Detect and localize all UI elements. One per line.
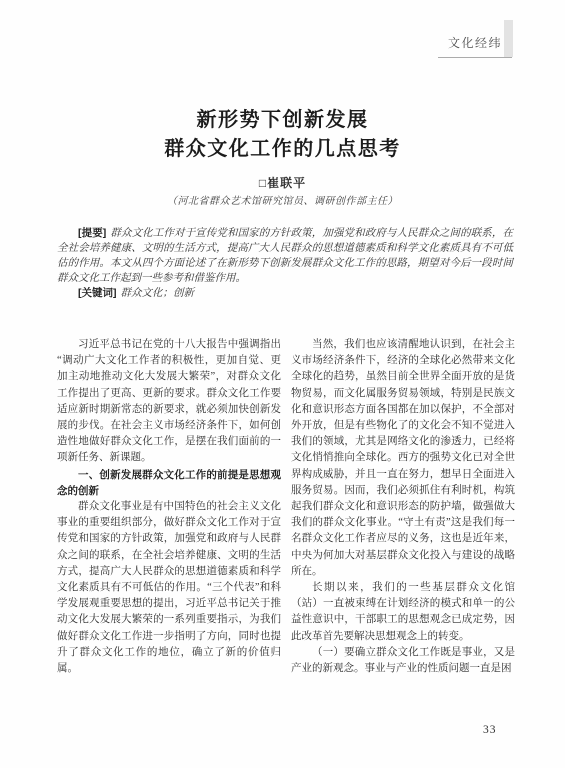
keywords-text: 群众文化；创新 bbox=[121, 288, 195, 299]
paragraph: 习近平总书记在党的十八大报告中强调指出“调动广大文化工作者的积极性，更加自觉、更… bbox=[57, 337, 281, 467]
body-columns: 习近平总书记在党的十八大报告中强调指出“调动广大文化工作者的积极性，更加自觉、更… bbox=[57, 337, 515, 677]
abstract-text: 群众文化工作对于宣传党和国家的方针政策，加强党和政府与人民群众之间的联系，在全社… bbox=[57, 228, 513, 284]
left-column: 习近平总书记在党的十八大报告中强调指出“调动广大文化工作者的积极性，更加自觉、更… bbox=[57, 337, 281, 677]
author-box-marker: □ bbox=[259, 176, 267, 190]
paragraph: 群众文化事业是有中国特色的社会主义文化事业的重要组织部分，做好群众文化工作对于宣… bbox=[57, 499, 281, 677]
article-title-line1: 新形势下创新发展 bbox=[0, 106, 565, 135]
author-affiliation: （河北省群众艺术馆研究馆员、调研创作部主任） bbox=[0, 192, 565, 207]
right-column: 当然，我们也应该清醒地认识到，在社会主义市场经济条件下，经济的全球化必然带来文化… bbox=[291, 337, 515, 677]
abstract-paragraph: [提要]群众文化工作对于宣传党和国家的方针政策，加强党和政府与人民群众之间的联系… bbox=[57, 226, 513, 286]
paragraph: 长期以来，我们的一些基层群众文化馆（站）一直被束缚在计划经济的模式和单一的公益性… bbox=[291, 580, 515, 645]
abstract-block: [提要]群众文化工作对于宣传党和国家的方针政策，加强党和政府与人民群众之间的联系… bbox=[57, 226, 513, 301]
paragraph: （一）要确立群众文化工作既是事业，又是产业的新观念。事业与产业的性质问题一直是困 bbox=[291, 645, 515, 677]
article-title-line2: 群众文化工作的几点思考 bbox=[0, 135, 565, 164]
keywords-label: [关键词] bbox=[78, 287, 121, 299]
abstract-label: [提要] bbox=[78, 227, 110, 239]
keywords-line: [关键词]群众文化；创新 bbox=[57, 286, 513, 301]
section-label-rule: 文化经纬 bbox=[438, 34, 512, 58]
page-number: 33 bbox=[483, 724, 497, 736]
paragraph: 当然，我们也应该清醒地认识到，在社会主义市场经济条件下，经济的全球化必然带来文化… bbox=[291, 337, 515, 580]
article-title: 新形势下创新发展 群众文化工作的几点思考 bbox=[0, 106, 565, 164]
section-label: 文化经纬 bbox=[448, 36, 502, 50]
journal-page: 文化经纬 新形势下创新发展 群众文化工作的几点思考 □崔联平 （河北省群众艺术馆… bbox=[0, 0, 565, 768]
byline: □崔联平 bbox=[0, 174, 565, 191]
author-name: 崔联平 bbox=[267, 176, 306, 190]
section-heading-1: 一、创新发展群众文化工作的前提是思想观念的创新 bbox=[57, 467, 281, 499]
